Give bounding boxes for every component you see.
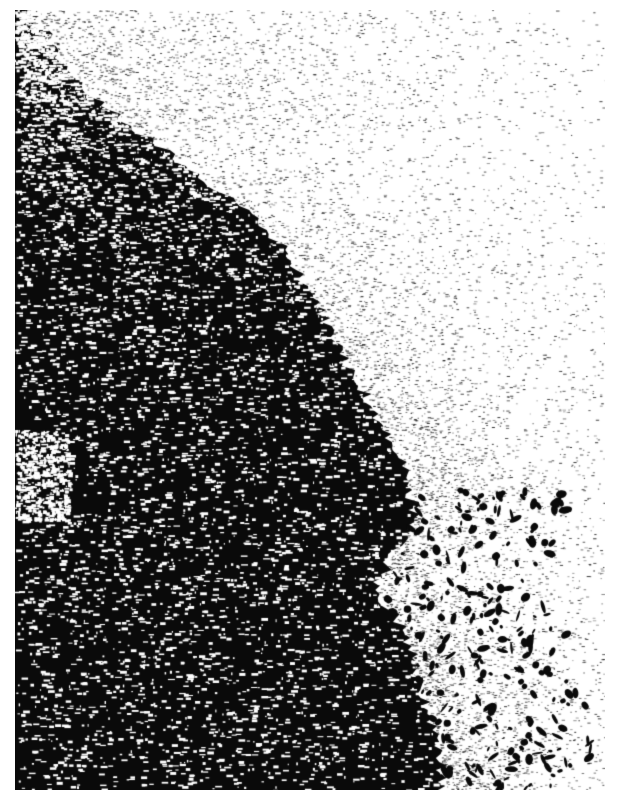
scan-frame [0,0,622,800]
aerial-coastline-photo [15,10,605,790]
